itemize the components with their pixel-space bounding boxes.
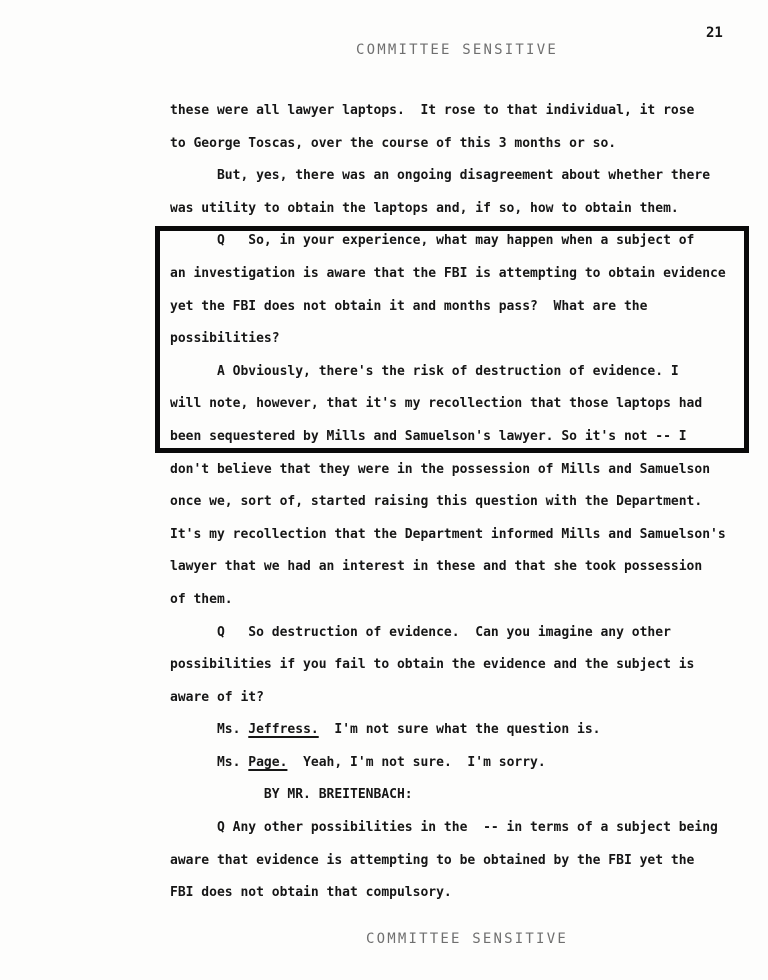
transcript-line: these were all lawyer laptops. It rose t…: [170, 95, 750, 128]
transcript-line: Q So destruction of evidence. Can you im…: [170, 617, 750, 650]
transcript-line: an investigation is aware that the FBI i…: [170, 258, 750, 291]
line-segment: Q Any other possibilities in the -- in t…: [170, 820, 718, 835]
line-segment: Ms.: [170, 755, 248, 770]
header-committee-sensitive: COMMITTEE SENSITIVE: [356, 42, 558, 58]
transcript-line: Q So, in your experience, what may happe…: [170, 225, 750, 258]
line-segment: to George Toscas, over the course of thi…: [170, 136, 616, 151]
transcript-line: Q Any other possibilities in the -- in t…: [170, 812, 750, 845]
line-segment: Ms.: [170, 722, 248, 737]
line-segment: Q So destruction of evidence. Can you im…: [170, 625, 671, 640]
line-segment: aware that evidence is attempting to be …: [170, 853, 694, 868]
line-segment: FBI does not obtain that compulsory.: [170, 885, 452, 900]
transcript-line: don't believe that they were in the poss…: [170, 454, 750, 487]
line-segment: It's my recollection that the Department…: [170, 527, 726, 542]
transcript-line: to George Toscas, over the course of thi…: [170, 128, 750, 161]
transcript-line: possibilities?: [170, 323, 750, 356]
speaker-name-underlined: Page.: [248, 755, 287, 770]
line-segment: BY MR. BREITENBACH:: [170, 787, 413, 802]
transcript-line: But, yes, there was an ongoing disagreem…: [170, 160, 750, 193]
transcript-line: BY MR. BREITENBACH:: [170, 779, 750, 812]
line-segment: been sequestered by Mills and Samuelson'…: [170, 429, 687, 444]
footer-committee-sensitive: COMMITTEE SENSITIVE: [366, 931, 568, 947]
transcript-line: once we, sort of, started raising this q…: [170, 486, 750, 519]
line-segment: lawyer that we had an interest in these …: [170, 559, 702, 574]
transcript-line: Ms. Page. Yeah, I'm not sure. I'm sorry.: [170, 747, 750, 780]
line-segment: I'm not sure what the question is.: [319, 722, 601, 737]
line-segment: don't believe that they were in the poss…: [170, 462, 710, 477]
line-segment: was utility to obtain the laptops and, i…: [170, 201, 679, 216]
transcript-line: FBI does not obtain that compulsory.: [170, 877, 750, 910]
transcript-line: was utility to obtain the laptops and, i…: [170, 193, 750, 226]
line-segment: of them.: [170, 592, 233, 607]
line-segment: these were all lawyer laptops. It rose t…: [170, 103, 694, 118]
transcript-line: possibilities if you fail to obtain the …: [170, 649, 750, 682]
line-segment: But, yes, there was an ongoing disagreem…: [170, 168, 710, 183]
transcript-line: A Obviously, there's the risk of destruc…: [170, 356, 750, 389]
line-segment: Yeah, I'm not sure. I'm sorry.: [287, 755, 545, 770]
line-segment: A Obviously, there's the risk of destruc…: [170, 364, 679, 379]
transcript-line: yet the FBI does not obtain it and month…: [170, 291, 750, 324]
line-segment: Q So, in your experience, what may happe…: [170, 233, 694, 248]
transcript-line: Ms. Jeffress. I'm not sure what the ques…: [170, 714, 750, 747]
document-page: COMMITTEE SENSITIVE 21 these were all la…: [0, 0, 768, 980]
transcript-line: aware that evidence is attempting to be …: [170, 845, 750, 878]
speaker-name-underlined: Jeffress.: [248, 722, 318, 737]
transcript-line: aware of it?: [170, 682, 750, 715]
page-number: 21: [706, 25, 723, 41]
transcript-lines: these were all lawyer laptops. It rose t…: [170, 95, 750, 910]
line-segment: possibilities if you fail to obtain the …: [170, 657, 694, 672]
transcript-line: lawyer that we had an interest in these …: [170, 551, 750, 584]
transcript-line: It's my recollection that the Department…: [170, 519, 750, 552]
transcript-line: will note, however, that it's my recolle…: [170, 388, 750, 421]
transcript-line: been sequestered by Mills and Samuelson'…: [170, 421, 750, 454]
line-segment: yet the FBI does not obtain it and month…: [170, 299, 647, 314]
transcript-line: of them.: [170, 584, 750, 617]
line-segment: possibilities?: [170, 331, 280, 346]
line-segment: once we, sort of, started raising this q…: [170, 494, 702, 509]
line-segment: aware of it?: [170, 690, 264, 705]
line-segment: an investigation is aware that the FBI i…: [170, 266, 726, 281]
line-segment: will note, however, that it's my recolle…: [170, 396, 702, 411]
